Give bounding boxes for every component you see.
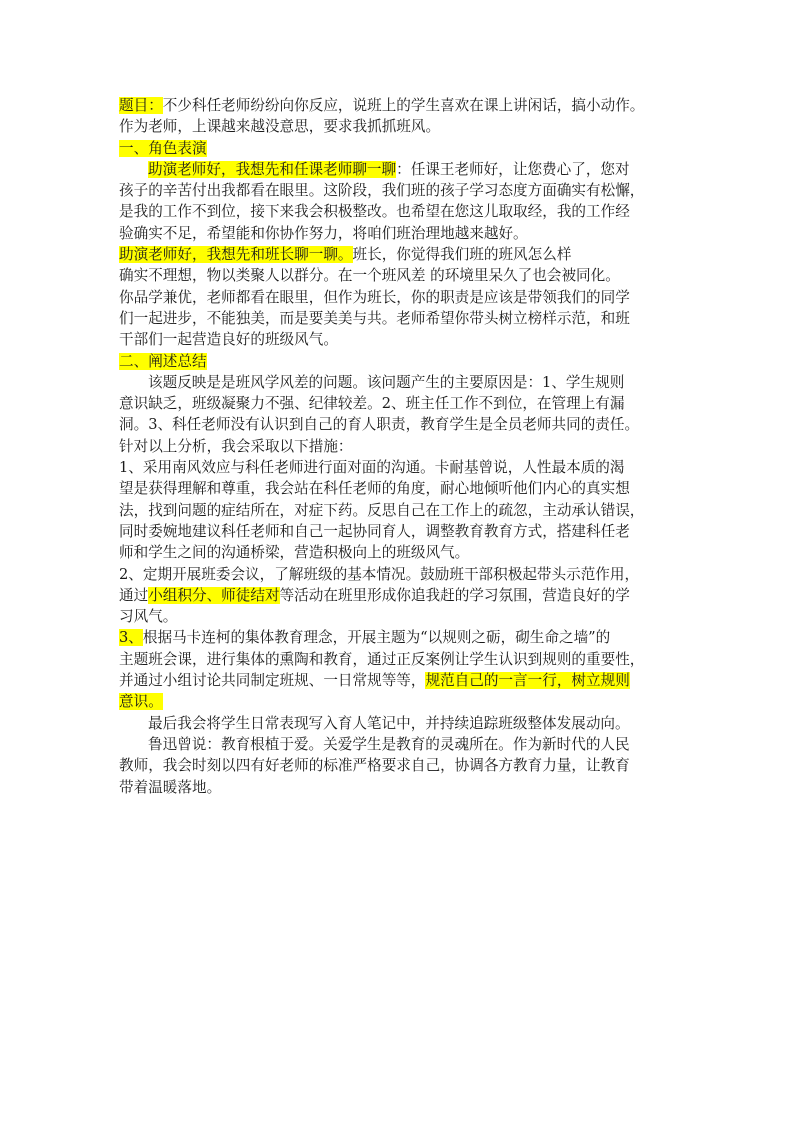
teacher-dialog-highlight: 助演老师好，我想先和任课老师聊一聊 <box>148 161 396 178</box>
section2-heading-text: 二、阐述总结 <box>119 353 207 370</box>
section1-heading-text: 一、角色表演 <box>119 140 207 157</box>
text-line: 孩子的辛苦付出我都看在眼里。这阶段，我们班的孩子学习态度方面确实有松懈， <box>119 180 687 201</box>
closing-paragraph-2: 鲁迅曾说：教育根植于爱。关爱学生是教育的灵魂所在。作为新时代的人民 教师，我会时… <box>119 734 687 798</box>
topic-label: 题目： <box>119 97 163 114</box>
measure-1: 1、采用南风效应与科任老师进行面对面的沟通。卡耐基曾说，人性最本质的渴 望是获得… <box>119 457 687 563</box>
text-line: 针对以上分析，我会采取以下措施： <box>119 436 687 457</box>
text-span: 等活动在班里形成你追我赶的学习氛围，营造良好的学 <box>280 587 630 604</box>
text-line: 是我的工作不到位，接下来我会积极整改。也希望在您这儿取取经，我的工作经 <box>119 201 687 222</box>
text-span: 并通过小组讨论共同制定班规、一日常规等等， <box>119 672 425 689</box>
text-line: 班长，你觉得我们班的班风怎么样 <box>353 246 572 263</box>
topic-paragraph: 题目：不少科任老师纷纷向你反应，说班上的学生喜欢在课上讲闲话，搞小动作。 作为老… <box>119 95 687 138</box>
text-line: 意识缺乏，班级凝聚力不强、纪律较差。2、班主任工作不到位，在管理上有漏 <box>119 393 687 414</box>
text-line: 确实不理想，物以类聚人以群分。在一个班风差 的环境里呆久了也会被同化。 <box>119 265 687 286</box>
text-line: 验确实不足，希望能和你协作努力，将咱们班治理地越来越好。 <box>119 223 687 244</box>
text-line: 们一起进步，不能独美，而是要美美与共。老师希望你带头树立榜样示范，和班 <box>119 308 687 329</box>
closing-paragraph-1: 最后我会将学生日常表现写入育人笔记中，并持续追踪班级整体发展动向。 <box>119 713 687 734</box>
text-span: 根据马卡连柯的集体教育理念，开展主题为“以规则之砺，砌生命之墙”的 <box>143 629 610 646</box>
monitor-dialog-highlight: 助演老师好，我想先和班长聊一聊。 <box>119 246 353 263</box>
text-line: 最后我会将学生日常表现写入育人笔记中，并持续追踪班级整体发展动向。 <box>119 713 687 734</box>
text-line: 你品学兼优，老师都看在眼里，但作为班长，你的职责是应该是带领我们的同学 <box>119 287 687 308</box>
text-line: 1、采用南风效应与科任老师进行面对面的沟通。卡耐基曾说，人性最本质的渴 <box>119 457 687 478</box>
text-line: 2、定期开展班委会议，了解班级的基本情况。鼓励班干部积极起带头示范作用， <box>119 564 687 585</box>
text-line: 教师，我会时刻以四有好老师的标准严格要求自己，协调各方教育力量，让教育 <box>119 755 687 776</box>
measure3-number-highlight: 3、 <box>119 629 143 646</box>
text-line: 习风气。 <box>119 606 687 627</box>
section2-intro: 该题反映是是班风学风差的问题。该问题产生的主要原因是：1、学生规则 意识缺乏，班… <box>119 372 687 457</box>
text-line: 望是获得理解和尊重，我会站在科任老师的角度，耐心地倾听他们内心的真实想 <box>119 478 687 499</box>
text-span: 通过 <box>119 587 148 604</box>
text-line: 主题班会课，进行集体的熏陶和教育，通过正反案例让学生认识到规则的重要性， <box>119 649 687 670</box>
section1-teacher-dialog: 助演老师好，我想先和任课老师聊一聊：任课王老师好，让您费心了，您对 孩子的辛苦付… <box>119 159 687 244</box>
topic-text: 不少科任老师纷纷向你反应，说班上的学生喜欢在课上讲闲话，搞小动作。 <box>163 97 645 114</box>
measure-2: 2、定期开展班委会议，了解班级的基本情况。鼓励班干部积极起带头示范作用， 通过小… <box>119 564 687 628</box>
measure2-highlight: 小组积分、师徒结对 <box>148 587 279 604</box>
text-line: 师和学生之间的沟通桥梁，营造积极向上的班级风气。 <box>119 542 687 563</box>
text-line: 该题反映是是班风学风差的问题。该问题产生的主要原因是：1、学生规则 <box>119 372 687 393</box>
document-page: 题目：不少科任老师纷纷向你反应，说班上的学生喜欢在课上讲闲话，搞小动作。 作为老… <box>119 95 687 798</box>
measure3-highlight: 规范自己的一言一行，树立规则 <box>425 672 629 689</box>
measure-3: 3、根据马卡连柯的集体教育理念，开展主题为“以规则之砺，砌生命之墙”的 主题班会… <box>119 627 687 712</box>
text-line: 带着温暖落地。 <box>119 777 687 798</box>
text-line: 洞。3、科任老师没有认识到自己的育人职责，教育学生是全员老师共同的责任。 <box>119 414 687 435</box>
section1-monitor-dialog: 助演老师好，我想先和班长聊一聊。班长，你觉得我们班的班风怎么样 确实不理想，物以… <box>119 244 687 350</box>
text-line: 法，找到问题的症结所在，对症下药。反思自己在工作上的疏忽，主动承认错误， <box>119 500 687 521</box>
text-line: 同时委婉地建议科任老师和自己一起协同育人，调整教育教育方式，搭建科任老 <box>119 521 687 542</box>
text-line: 干部们一起营造良好的班级风气。 <box>119 329 687 350</box>
section1-heading: 一、角色表演 <box>119 138 687 159</box>
text-line: ：任课王老师好，让您费心了，您对 <box>396 161 630 178</box>
section2-heading: 二、阐述总结 <box>119 351 687 372</box>
text-line: 鲁迅曾说：教育根植于爱。关爱学生是教育的灵魂所在。作为新时代的人民 <box>119 734 687 755</box>
topic-text-cont: 作为老师，上课越来越没意思，要求我抓抓班风。 <box>119 116 687 137</box>
measure3-highlight-cont: 意识。 <box>119 693 163 710</box>
